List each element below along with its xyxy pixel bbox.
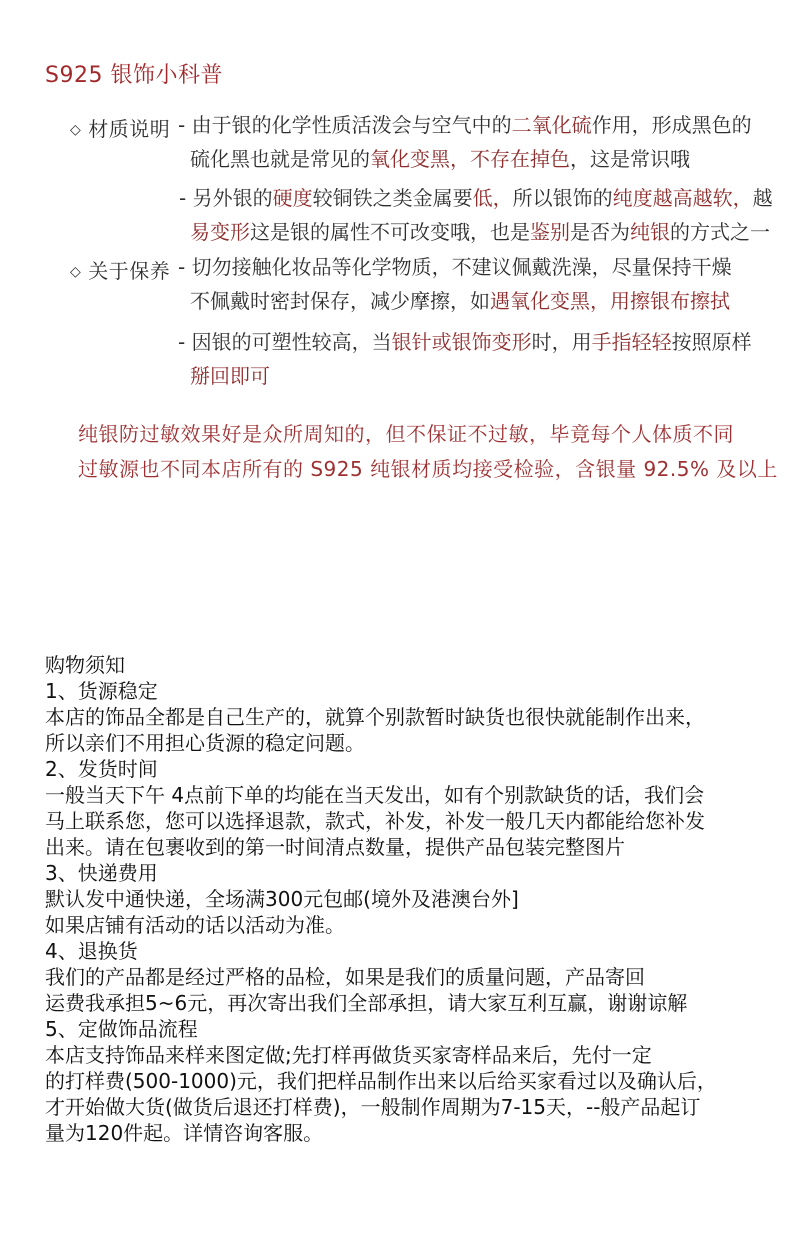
kepu-line: 硫化黑也就是常见的氧化变黑，不存在掉色，这是常识哦 xyxy=(190,147,690,171)
text-segment-red: 掰回即可 xyxy=(190,364,270,388)
care-section-label: ◇关于保养 xyxy=(70,255,170,284)
page: S925 银饰小科普 ◇材质说明 - 由于银的化学性质活泼会与空气中的二氧化硫作… xyxy=(0,0,790,1236)
text-segment-red: 二氧化硫 xyxy=(512,113,592,137)
kepu-line: 不佩戴时密封保存，减少摩擦，如遇氧化变黑，用擦银布擦拭 xyxy=(190,289,730,313)
notice-heading: 5、定做饰品流程 xyxy=(45,1016,765,1042)
text-segment: 硫化黑也就是常见的 xyxy=(190,147,370,171)
text-segment: - 切勿接触化妆品等化学物质，不建议佩戴洗澡，尽量保持干燥 xyxy=(178,255,732,279)
kepu-line: 掰回即可 xyxy=(190,364,270,388)
text-segment: 的方式之一 xyxy=(670,220,770,244)
text-segment: ，这是常识哦 xyxy=(570,147,690,171)
notice-line: 一般当天下午 4点前下单的均能在当天发出，如有个别款缺货的话，我们会 xyxy=(45,782,765,808)
allergy-note-line: 纯银防过敏效果好是众所周知的，但不保证不过敏，毕竟每个人体质不同 xyxy=(78,418,734,447)
kepu-line: - 由于银的化学性质活泼会与空气中的二氧化硫作用，形成黑色的 xyxy=(178,113,752,137)
shopping-notice: 购物须知 1、货源稳定 本店的饰品全都是自己生产的，就算个别款暂时缺货也很快就能… xyxy=(45,652,765,1146)
text-segment-red: 遇氧化变黑，用擦银布擦拭 xyxy=(490,289,730,313)
text-segment: 越 xyxy=(753,186,773,210)
text-segment: 是否为 xyxy=(570,220,630,244)
notice-heading: 2、发货时间 xyxy=(45,756,765,782)
notice-title: 购物须知 xyxy=(45,652,765,678)
kepu-line: 易变形这是银的属性不可改变哦，也是鉴别是否为纯银的方式之一 xyxy=(190,220,770,244)
text-segment: 作用，形成黑色的 xyxy=(592,113,752,137)
care-section-label-text: 关于保养 xyxy=(88,259,170,283)
text-segment-red: 纯银 xyxy=(630,220,670,244)
text-segment-red: 手指轻轻 xyxy=(592,330,672,354)
notice-line: 默认发中通快递，全场满300元包邮(境外及港澳台外] xyxy=(45,886,765,912)
text-segment-red: 鉴别 xyxy=(530,220,570,244)
text-segment: 所以银饰的 xyxy=(513,186,613,210)
kepu-line: - 切勿接触化妆品等化学物质，不建议佩戴洗澡，尽量保持干燥 xyxy=(178,255,732,279)
notice-line: 马上联系您，您可以选择退款，款式，补发，补发一般几天内都能给您补发 xyxy=(45,808,765,834)
text-segment: - 因银的可塑性较高，当 xyxy=(178,330,392,354)
notice-line: 的打样费(500-1000)元，我们把样品制作出来以后给买家看过以及确认后， xyxy=(45,1068,765,1094)
notice-line: 如果店铺有活动的话以活动为准。 xyxy=(45,912,765,938)
text-segment: - 另外银的 xyxy=(179,186,273,210)
material-section-label: ◇材质说明 xyxy=(70,113,170,142)
notice-heading: 4、退换货 xyxy=(45,938,765,964)
text-segment-red: 低， xyxy=(473,186,513,210)
allergy-note-line: 过敏源也不同本店所有的 S925 纯银材质均接受检验，含银量 92.5% 及以上 xyxy=(78,453,778,482)
notice-line: 本店的饰品全都是自己生产的，就算个别款暂时缺货也很快就能制作出来， xyxy=(45,704,765,730)
diamond-bullet-icon: ◇ xyxy=(70,122,81,138)
text-segment-red: 氧化变黑，不存在掉色 xyxy=(370,147,570,171)
text-segment: - 由于银的化学性质活泼会与空气中的 xyxy=(178,113,512,137)
page-title: S925 银饰小科普 xyxy=(45,58,223,89)
text-segment: 较铜铁之类金属要 xyxy=(313,186,473,210)
notice-line: 量为120件起。详情咨询客服。 xyxy=(45,1120,765,1146)
kepu-line: - 因银的可塑性较高，当银针或银饰变形时，用手指轻轻按照原样 xyxy=(178,330,752,354)
text-segment: 按照原样 xyxy=(672,330,752,354)
text-segment-red: 硬度 xyxy=(273,186,313,210)
text-segment: 这是银的属性不可改变哦，也是 xyxy=(250,220,530,244)
notice-heading: 1、货源稳定 xyxy=(45,678,765,704)
diamond-bullet-icon: ◇ xyxy=(70,264,81,280)
notice-heading: 3、快递费用 xyxy=(45,860,765,886)
text-segment: 不佩戴时密封保存，减少摩擦，如 xyxy=(190,289,490,313)
material-section-label-text: 材质说明 xyxy=(88,117,170,141)
notice-line: 才开始做大货(做货后退还打样费)，一般制作周期为7-15天，--般产品起订 xyxy=(45,1094,765,1120)
kepu-line: - 另外银的硬度较铜铁之类金属要低，所以银饰的纯度越高越软，越 xyxy=(179,186,773,210)
text-segment-red: 易变形 xyxy=(190,220,250,244)
text-segment-red: 银针或银饰变形 xyxy=(392,330,532,354)
notice-line: 运费我承担5~6元，再次寄出我们全部承担，请大家互利互赢，谢谢谅解 xyxy=(45,990,765,1016)
notice-line: 出来。请在包裹收到的第一时间清点数量，提供产品包装完整图片 xyxy=(45,834,765,860)
notice-line: 所以亲们不用担心货源的稳定问题。 xyxy=(45,730,765,756)
notice-line: 本店支持饰品来样来图定做;先打样再做货买家寄样品来后，先付一定 xyxy=(45,1042,765,1068)
text-segment: 时，用 xyxy=(532,330,592,354)
text-segment-red: 纯度越高越软， xyxy=(613,186,753,210)
notice-line: 我们的产品都是经过严格的品检，如果是我们的质量问题，产品寄回 xyxy=(45,964,765,990)
